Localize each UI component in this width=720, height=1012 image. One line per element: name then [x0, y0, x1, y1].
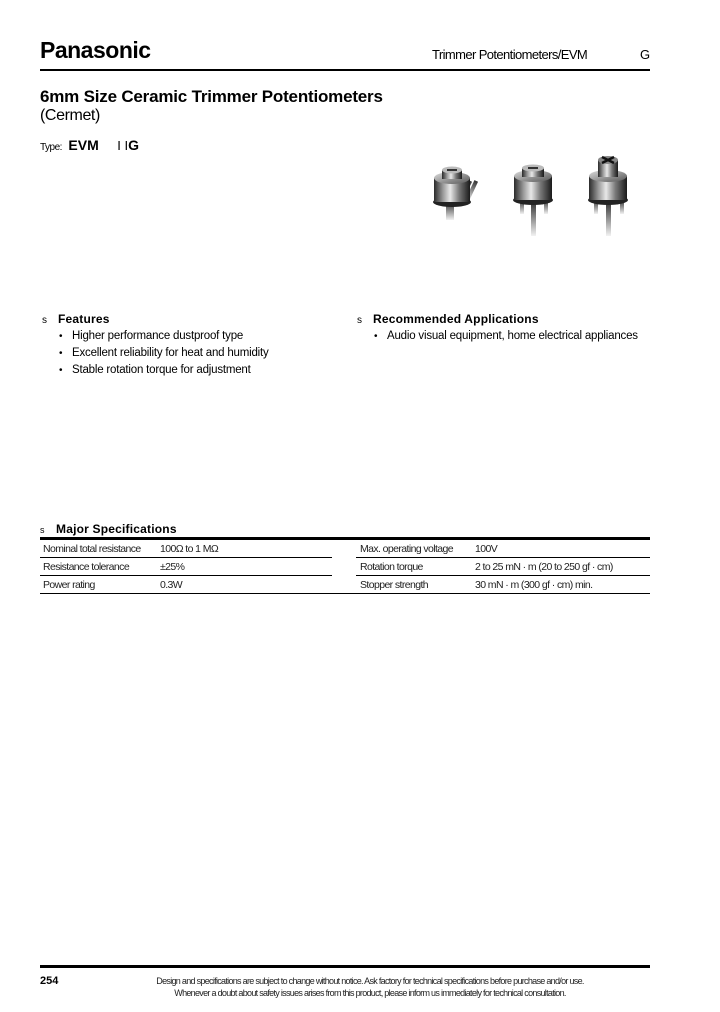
type-placeholder: I I — [117, 138, 128, 153]
spec-key: Rotation torque — [356, 558, 475, 576]
spec-value: 30 mN · m (300 gf · cm) min. — [475, 576, 650, 594]
product-image-3 — [588, 156, 628, 236]
product-image-2 — [513, 165, 553, 237]
page-number: 254 — [40, 975, 58, 987]
spec-key: Power rating — [40, 576, 160, 594]
specifications-bottom-rule — [40, 593, 650, 594]
list-item: •Audio visual equipment, home electrical… — [371, 328, 638, 345]
list-item: •Excellent reliability for heat and humi… — [56, 345, 269, 362]
section-marker-icon: s — [357, 315, 373, 326]
list-item: •Stable rotation torque for adjustment — [56, 362, 269, 379]
features-list: •Higher performance dustproof type •Exce… — [56, 328, 269, 379]
bullet-icon: • — [59, 345, 62, 362]
applications-section: sRecommended Applications •Audio visual … — [357, 310, 638, 345]
disclaimer-line-2: Whenever a doubt about safety issues ari… — [150, 987, 590, 999]
spec-value: 100V — [475, 540, 650, 558]
bullet-icon: • — [59, 328, 62, 345]
table-row: Nominal total resistance 100Ω to 1 MΩ — [40, 540, 332, 558]
product-images — [432, 150, 652, 240]
bullet-icon: • — [59, 362, 62, 379]
specifications-heading-row: sMajor Specifications — [40, 520, 177, 538]
product-image-1 — [433, 167, 478, 221]
table-row: Max. operating voltage 100V — [356, 540, 650, 558]
type-suffix: G — [128, 137, 139, 153]
features-heading: Features — [58, 312, 110, 326]
section-marker-icon: s — [40, 525, 56, 535]
brand-logo: Panasonic — [40, 37, 151, 64]
features-section: sFeatures •Higher performance dustproof … — [42, 310, 269, 379]
header-title-suffix: G — [640, 47, 650, 62]
specifications-table-left: Nominal total resistance 100Ω to 1 MΩ Re… — [40, 540, 332, 593]
table-row: Stopper strength 30 mN · m (300 gf · cm)… — [356, 576, 650, 594]
specifications-heading: Major Specifications — [56, 522, 177, 536]
disclaimer: Design and specifications are subject to… — [150, 975, 590, 999]
spec-value: 2 to 25 mN · m (20 to 250 gf · cm) — [475, 558, 650, 576]
spec-key: Nominal total resistance — [40, 540, 160, 558]
type-prefix: EVM — [68, 137, 98, 153]
header-divider — [40, 69, 650, 71]
spec-key: Max. operating voltage — [356, 540, 475, 558]
specifications-table-right: Max. operating voltage 100V Rotation tor… — [356, 540, 650, 593]
header-title: Trimmer Potentiometers/EVM — [432, 47, 587, 62]
applications-list: •Audio visual equipment, home electrical… — [371, 328, 638, 345]
list-item: •Higher performance dustproof type — [56, 328, 269, 345]
section-marker-icon: s — [42, 315, 58, 326]
spec-value: 0.3W — [160, 576, 332, 594]
applications-heading: Recommended Applications — [373, 312, 539, 326]
bullet-icon: • — [374, 328, 377, 345]
footer-divider — [40, 965, 650, 968]
page-title: 6mm Size Ceramic Trimmer Potentiometers — [40, 87, 383, 107]
table-row: Rotation torque 2 to 25 mN · m (20 to 25… — [356, 558, 650, 576]
spec-value: ±25% — [160, 558, 332, 576]
disclaimer-line-1: Design and specifications are subject to… — [150, 975, 590, 987]
page-subtitle: (Cermet) — [40, 107, 100, 125]
type-designation: Type: EVM I IG — [40, 137, 139, 155]
spec-key: Resistance tolerance — [40, 558, 160, 576]
table-row: Power rating 0.3W — [40, 576, 332, 594]
table-row: Resistance tolerance ±25% — [40, 558, 332, 576]
type-label: Type: — [40, 142, 62, 153]
spec-key: Stopper strength — [356, 576, 475, 594]
spec-value: 100Ω to 1 MΩ — [160, 540, 332, 558]
